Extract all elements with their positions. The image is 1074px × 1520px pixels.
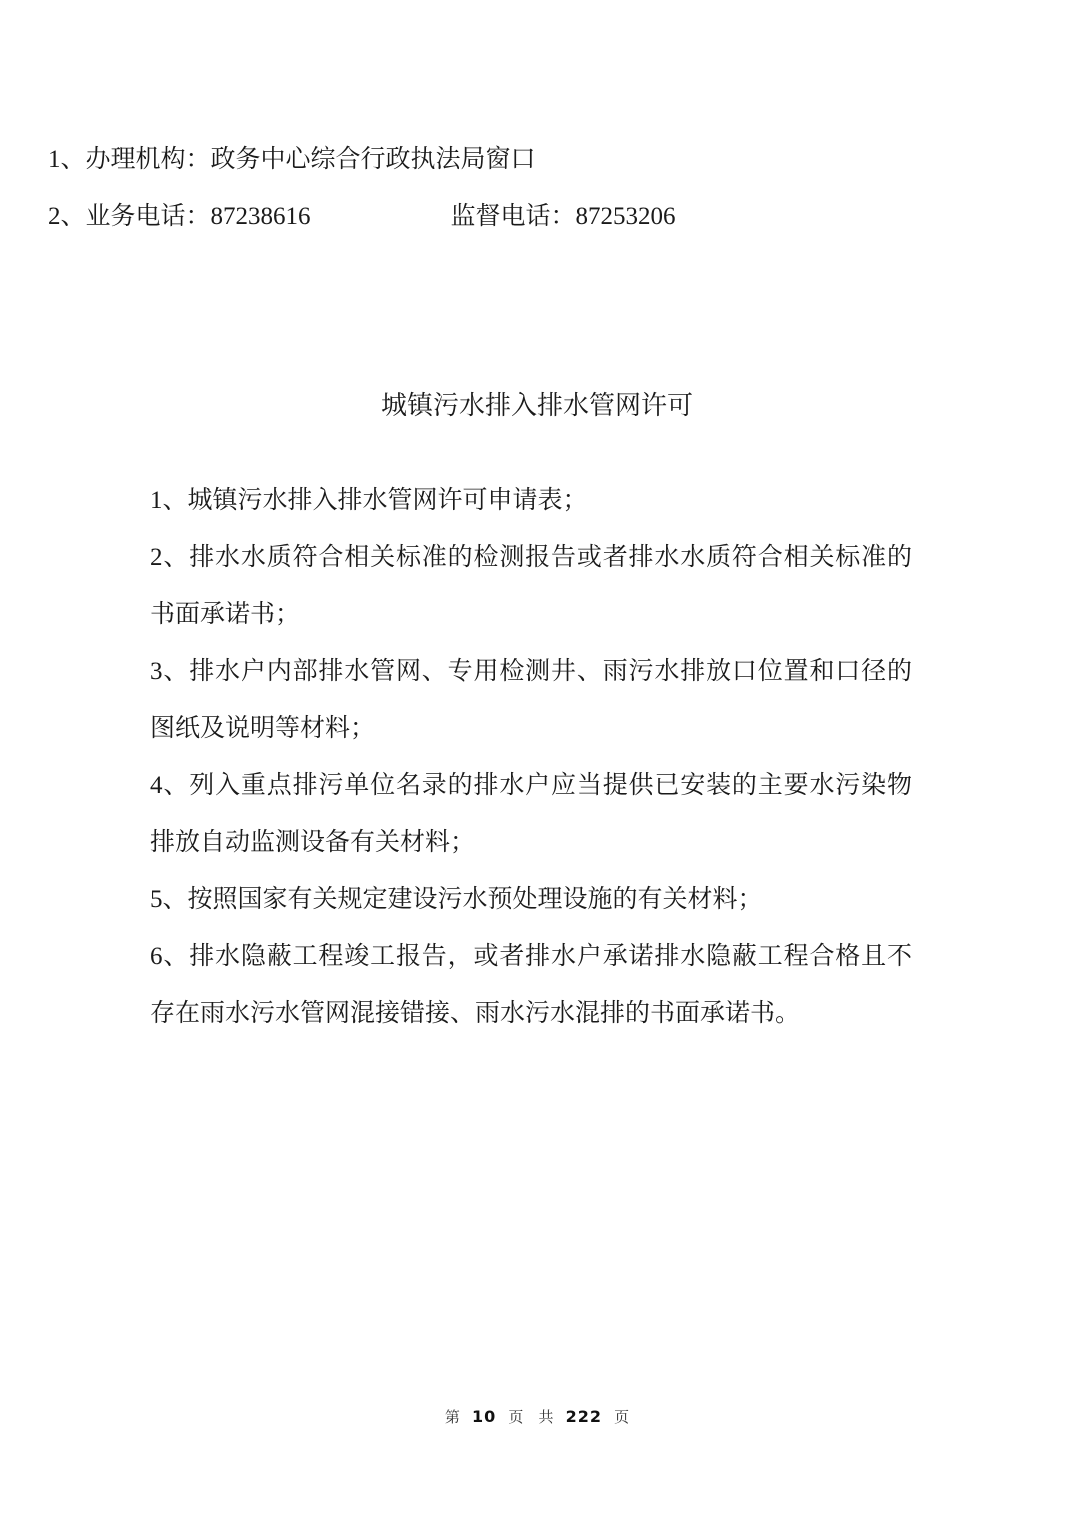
requirement-item-5: 5、按照国家有关规定建设污水预处理设施的有关材料；	[150, 871, 912, 928]
footer-page-word: 页	[508, 1404, 523, 1430]
requirement-item-4: 4、列入重点排污单位名录的排水户应当提供已安装的主要水污染物排放自动监测设备有关…	[150, 757, 912, 871]
total-pages: 222	[566, 1404, 602, 1430]
header-info: 1、办理机构：政务中心综合行政执法局窗口 2、业务电话：87238616监督电话…	[48, 131, 1026, 245]
footer-total-word: 共	[538, 1404, 553, 1430]
requirement-item-3: 3、排水户内部排水管网、专用检测井、雨污水排放口位置和口径的图纸及说明等材料；	[150, 643, 912, 757]
business-phone: 2、业务电话：87238616	[48, 203, 311, 230]
supervision-phone: 监督电话：87253206	[451, 203, 676, 230]
page-number: 10	[472, 1404, 496, 1430]
requirement-item-2: 2、排水水质符合相关标准的检测报告或者排水水质符合相关标准的书面承诺书；	[150, 529, 912, 643]
footer-suffix: 页	[614, 1404, 629, 1430]
agency-line: 1、办理机构：政务中心综合行政执法局窗口	[48, 131, 1026, 188]
page-footer: 第 10 页 共 222 页	[0, 1404, 1074, 1430]
requirement-item-6: 6、排水隐蔽工程竣工报告，或者排水户承诺排水隐蔽工程合格且不存在雨水污水管网混接…	[150, 928, 912, 1042]
document-title: 城镇污水排入排水管网许可	[0, 377, 1074, 434]
phone-line: 2、业务电话：87238616监督电话：87253206	[48, 188, 1026, 245]
footer-prefix: 第	[445, 1404, 460, 1430]
document-page: 1、办理机构：政务中心综合行政执法局窗口 2、业务电话：87238616监督电话…	[0, 0, 1074, 1520]
requirements-list: 1、城镇污水排入排水管网许可申请表； 2、排水水质符合相关标准的检测报告或者排水…	[150, 472, 912, 1042]
requirement-item-1: 1、城镇污水排入排水管网许可申请表；	[150, 472, 912, 529]
